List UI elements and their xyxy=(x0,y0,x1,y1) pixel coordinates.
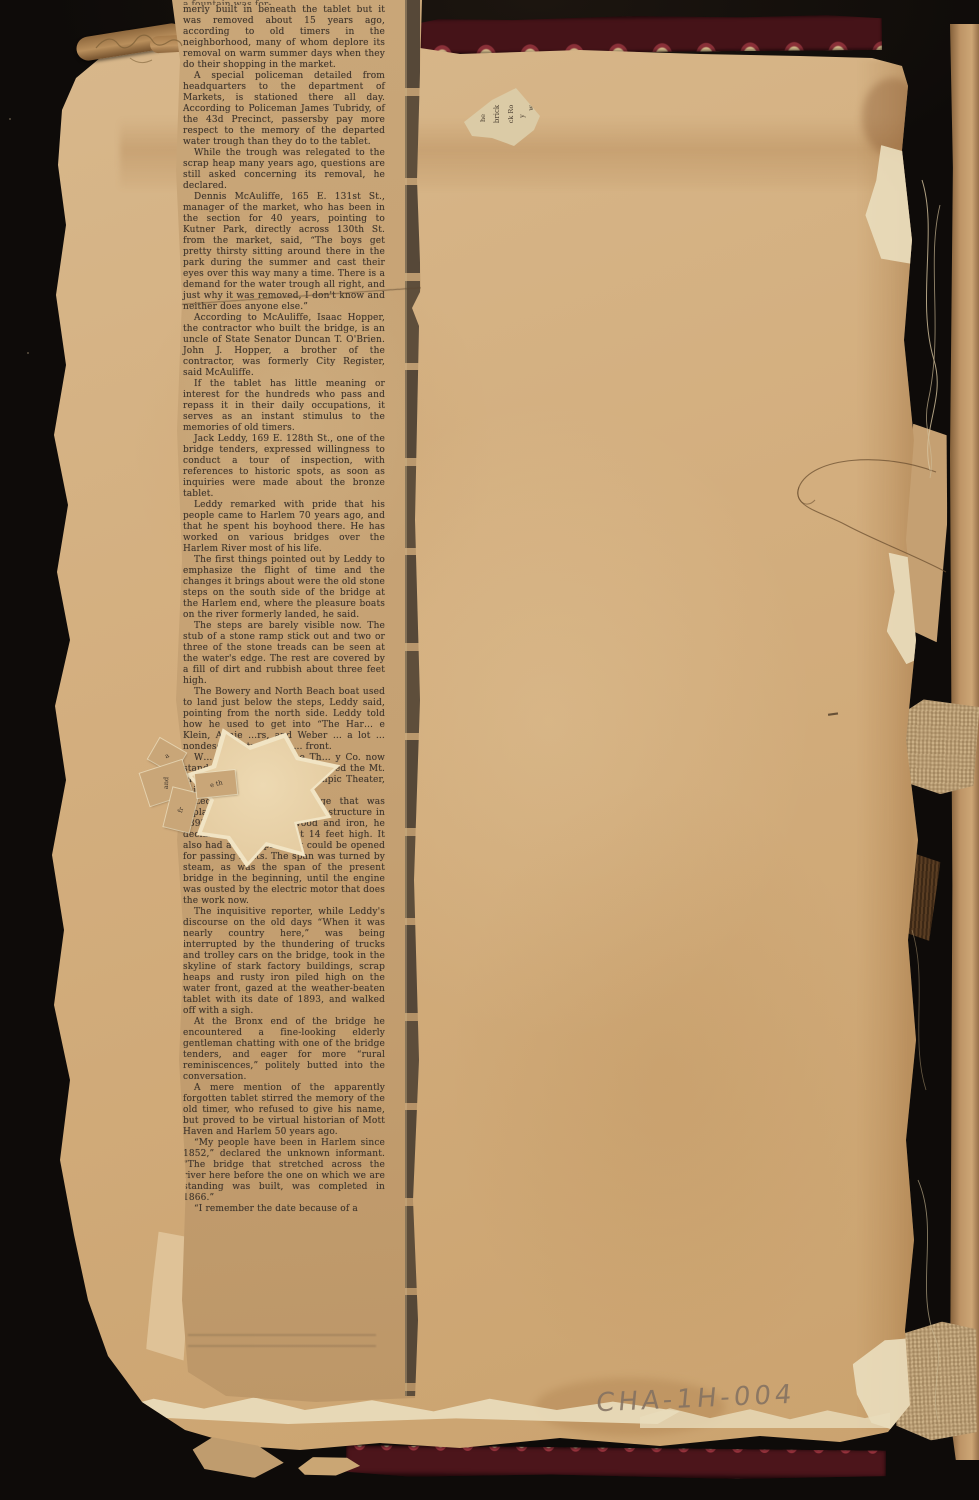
fragment-text: e th xyxy=(209,779,223,790)
scrap-letter: ck Ro xyxy=(507,105,515,123)
fragment-text: a xyxy=(163,752,170,761)
clipping-text-column: a fountain was for- merly built in benea… xyxy=(183,0,385,1215)
marbled-cover-edge-bottom xyxy=(346,1445,886,1480)
clipping-paragraph: A mere mention of the apparently forgott… xyxy=(183,1083,385,1138)
scrapbook-page xyxy=(0,0,979,1500)
stain xyxy=(862,78,924,156)
torn-paper-flake xyxy=(863,145,929,266)
clipping-paragraph: Dennis McAuliffe, 165 E. 131st St., mana… xyxy=(183,192,385,313)
faded-ghost-text xyxy=(188,1334,376,1356)
clipping-paragraph: The inquisitive reporter, while Leddy's … xyxy=(183,907,385,1017)
clipping-paragraph: “My people have been in Harlem since 185… xyxy=(183,1138,385,1204)
scrap-letter: he xyxy=(479,114,487,122)
scrapbook-page-photo: a fountain was for- merly built in benea… xyxy=(0,0,979,1500)
torn-text-fragment: e th xyxy=(195,770,237,798)
dust-speck xyxy=(27,352,29,354)
clipping-paragraph: The steps are barely visible now. The st… xyxy=(183,621,385,687)
clipping-paragraph: merly built in beneath the tablet but it… xyxy=(183,5,385,71)
clipping-paragraph: a fountain was for- xyxy=(183,0,385,5)
fragment-text: fr xyxy=(176,806,185,814)
clipping-paragraph: Jack Leddy, 169 E. 128th St., one of the… xyxy=(183,434,385,500)
dust-speck xyxy=(9,118,11,120)
clipping-paragraph: If the tablet has little meaning or inte… xyxy=(183,379,385,434)
clipping-paragraph: A special policeman detailed from headqu… xyxy=(183,71,385,148)
clipping-paragraph: The first things pointed out by Leddy to… xyxy=(183,555,385,621)
binding-thread xyxy=(922,180,937,470)
binding-thread xyxy=(912,930,926,1090)
fragment-text: and xyxy=(162,777,170,790)
marbled-cover-edge-top xyxy=(420,14,882,54)
clipping-paragraph: At the Bronx end of the bridge he encoun… xyxy=(183,1017,385,1083)
clipping-paragraph: “I remember the date because of a xyxy=(183,1204,385,1215)
newspaper-clipping: a fountain was for- merly built in benea… xyxy=(166,0,424,1404)
clipping-paragraph: While the trough was relegated to the sc… xyxy=(183,148,385,192)
scrap-letter: y xyxy=(518,114,526,118)
scrap-letter: brick xyxy=(493,105,501,123)
clipping-paragraph: Leddy remarked with pride that his peopl… xyxy=(183,500,385,555)
clipping-paragraph: According to McAuliffe, Isaac Hopper, th… xyxy=(183,313,385,379)
